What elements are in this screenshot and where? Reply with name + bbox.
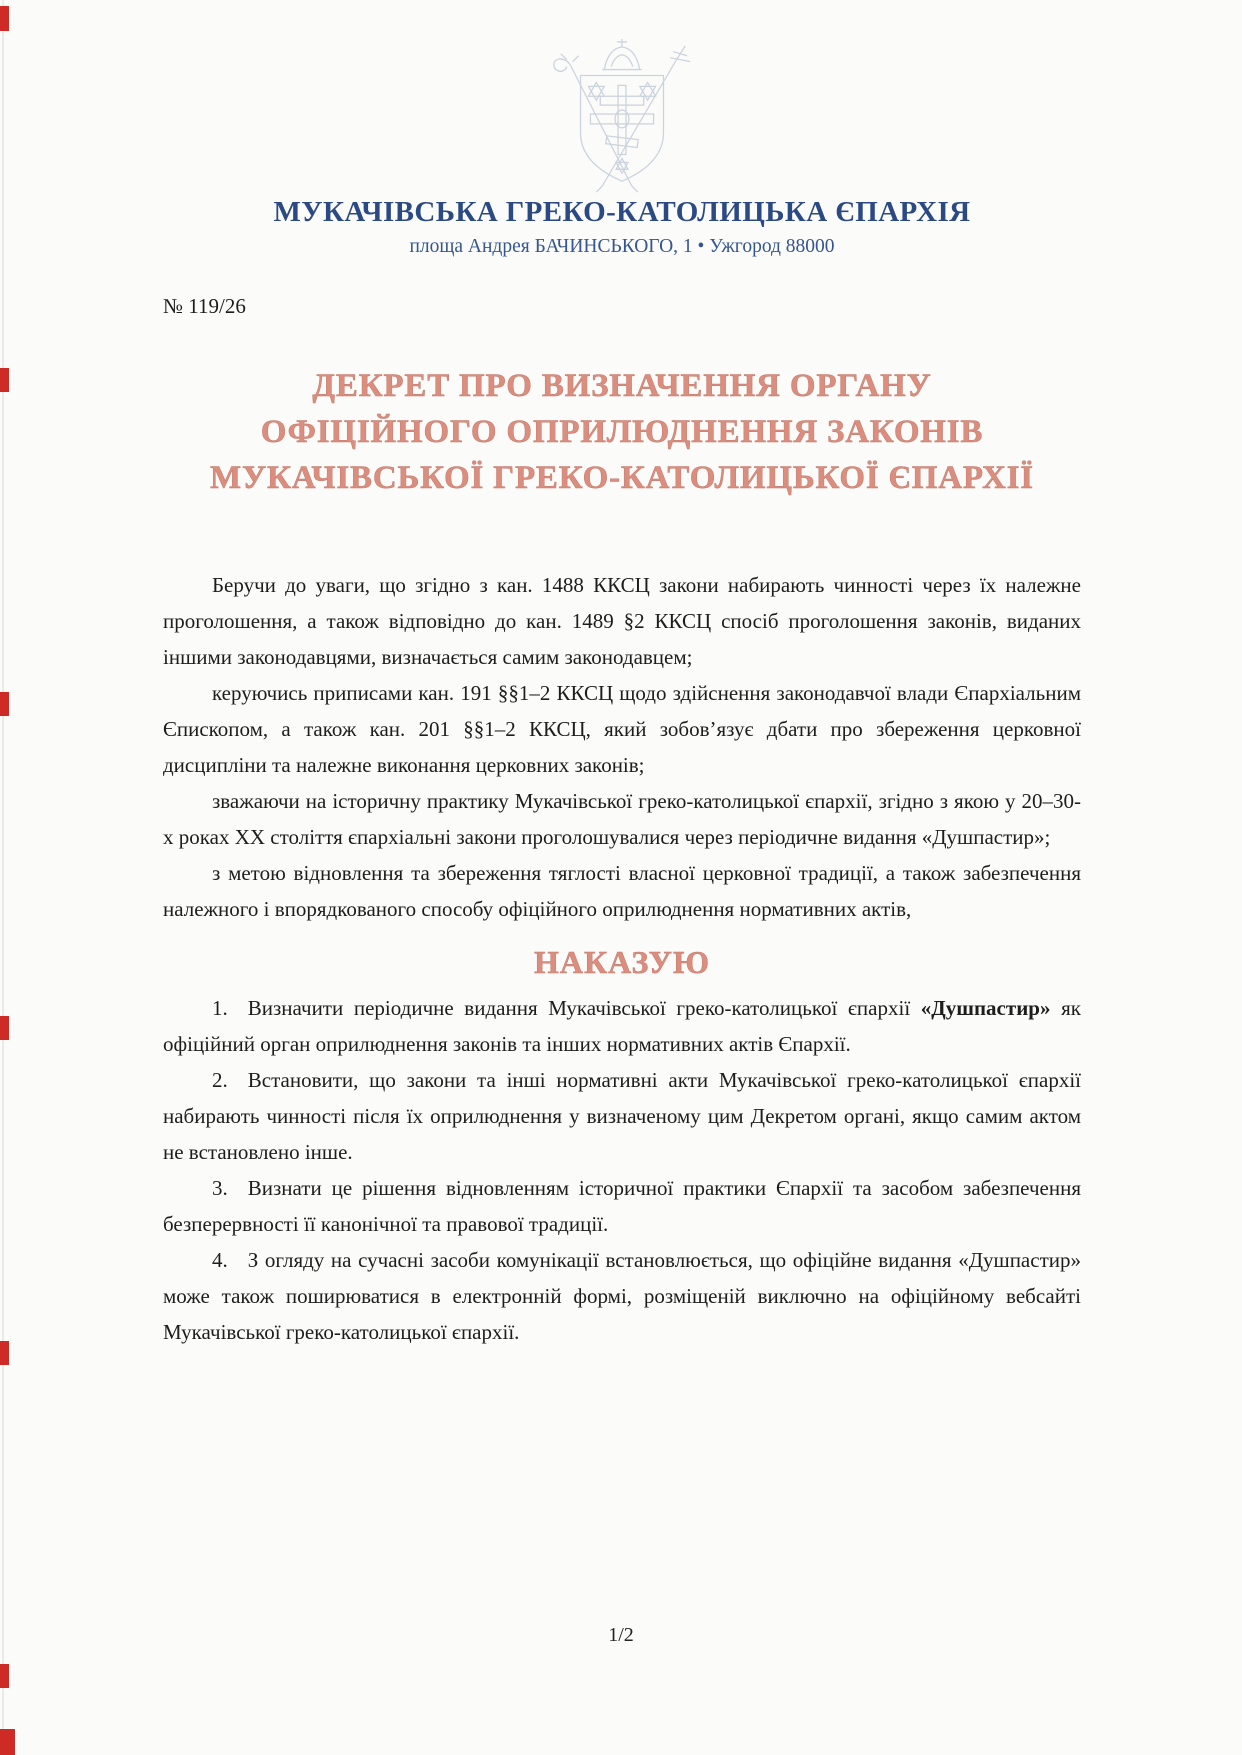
order-item-number: 1. [212,996,248,1020]
scan-edge-line [2,0,4,1755]
order-item-number: 3. [212,1176,248,1200]
body-text: З огляду на сучасні засоби комунікації в… [163,1248,1081,1344]
scan-edge-mark [0,368,9,392]
order-item-number: 4. [212,1248,248,1272]
organization-address: площа Андрея БАЧИНСЬКОГО, 1 • Ужгород 88… [163,236,1081,258]
document-title: ДЕКРЕТ ПРО ВИЗНАЧЕННЯ ОРГАНУ ОФІЦІЙНОГО … [163,363,1081,501]
document-title-line-2: ОФІЦІЙНОГО ОПРИЛЮДНЕННЯ ЗАКОНІВ [163,409,1081,455]
page-number: 1/2 [0,1624,1242,1647]
body-text: Встановити, що закони та інші нормативні… [163,1068,1081,1164]
document-title-line-1: ДЕКРЕТ ПРО ВИЗНАЧЕННЯ ОРГАНУ [163,363,1081,409]
emphasized-text: «Душпастир» [921,996,1051,1020]
body-text: Беручи до уваги, що згідно з кан. 1488 К… [163,573,1081,669]
body-text: з метою відновлення та збереження тяглос… [163,861,1081,921]
scan-edge-mark [0,1729,15,1755]
organization-name: МУКАЧІВСЬКА ГРЕКО-КАТОЛИЦЬКА ЄПАРХІЯ [163,196,1081,228]
scan-edge-mark [0,1664,9,1688]
body-text: Визнати це рішення відновленням історичн… [163,1176,1081,1236]
body-text: керуючись приписами кан. 191 §§1–2 ККСЦ … [163,681,1081,777]
scan-edge-mark [0,692,9,716]
order-item: 3.Визнати це рішення відновленням істори… [163,1170,1081,1242]
eparchy-coat-of-arms-icon [527,36,717,194]
order-item: 1.Визначити періодичне видання Мукачівсь… [163,990,1081,1062]
order-item: 4.З огляду на сучасні засоби комунікації… [163,1242,1081,1350]
scanned-decree-page: МУКАЧІВСЬКА ГРЕКО-КАТОЛИЦЬКА ЄПАРХІЯ пло… [0,0,1242,1755]
scan-edge-mark [0,1341,9,1365]
preamble-paragraph: керуючись приписами кан. 191 §§1–2 ККСЦ … [163,675,1081,783]
body-text: Визначити періодичне видання Мукачівсько… [248,996,921,1020]
order-item-number: 2. [212,1068,248,1092]
scan-edge-mark [0,1016,9,1040]
document-title-line-3: МУКАЧІВСЬКОЇ ГРЕКО-КАТОЛИЦЬКОЇ ЄПАРХІЇ [163,455,1081,501]
document-number: № 119/26 [163,294,1081,319]
body-text: зважаючи на історичну практику Мукачівсь… [163,789,1081,849]
preamble-paragraph: Беручи до уваги, що згідно з кан. 1488 К… [163,567,1081,675]
scan-edge-mark [0,6,9,31]
preamble: Беручи до уваги, що згідно з кан. 1488 К… [163,567,1081,927]
order-heading: НАКАЗУЮ [163,939,1081,985]
order-item: 2.Встановити, що закони та інші норматив… [163,1062,1081,1170]
preamble-paragraph: з метою відновлення та збереження тяглос… [163,855,1081,927]
preamble-paragraph: зважаючи на історичну практику Мукачівсь… [163,783,1081,855]
order-list: 1.Визначити періодичне видання Мукачівсь… [163,990,1081,1350]
document-content: МУКАЧІВСЬКА ГРЕКО-КАТОЛИЦЬКА ЄПАРХІЯ пло… [163,0,1081,1350]
